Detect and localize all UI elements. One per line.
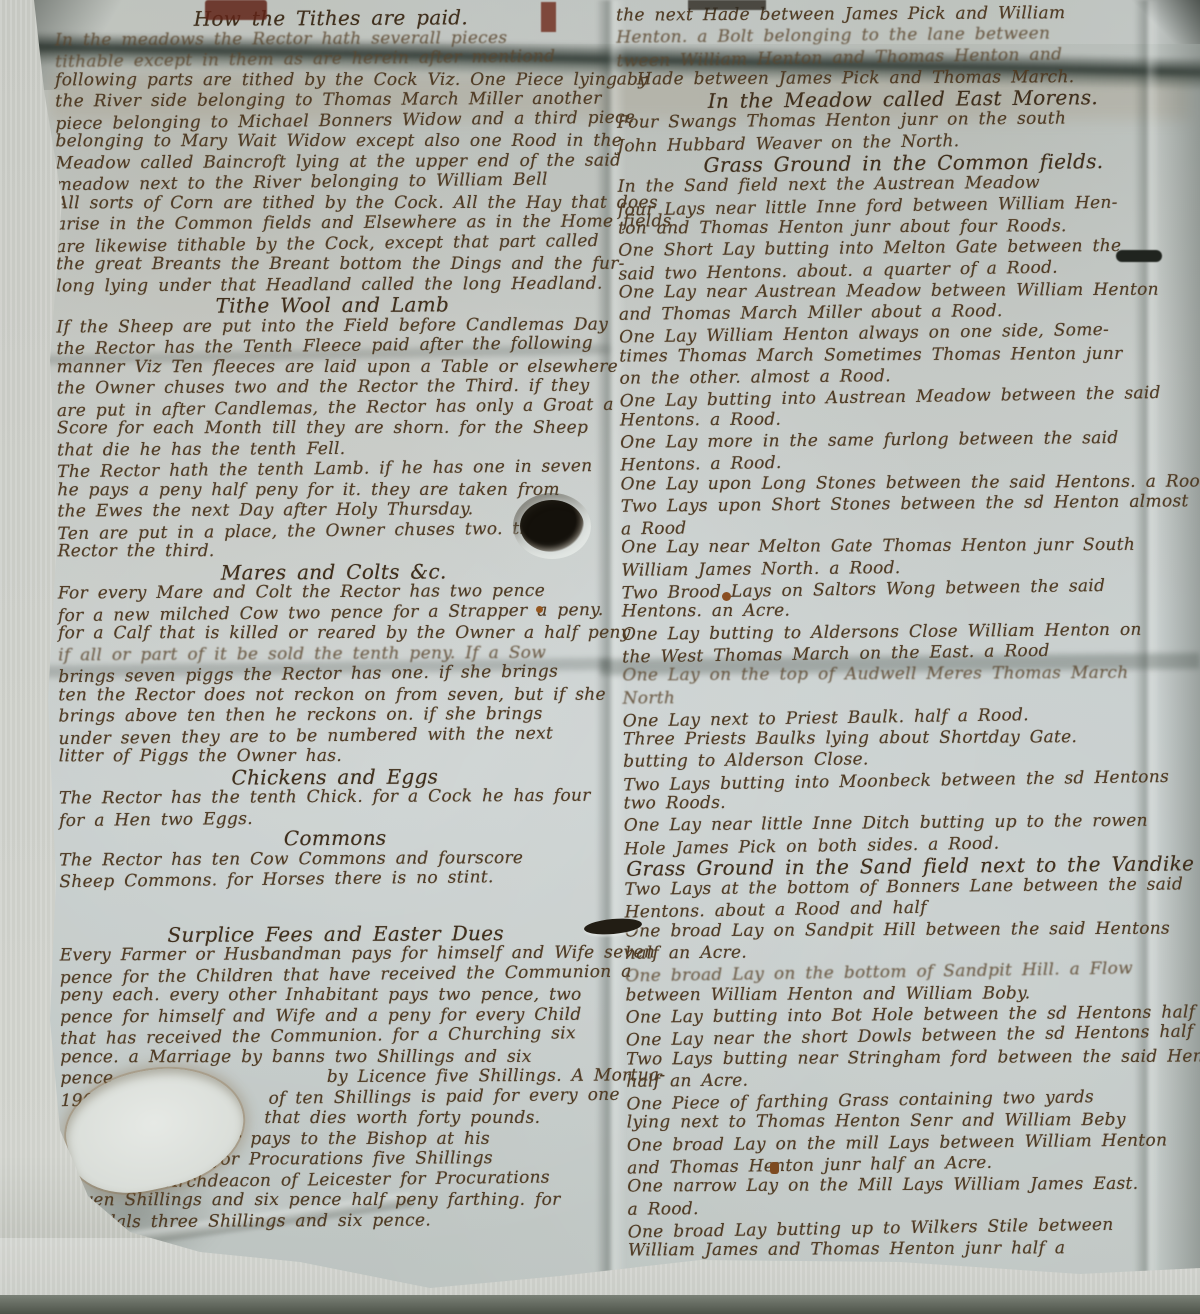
manuscript-line: he pays a peny half peny for it. they ar… <box>57 479 609 500</box>
dark-edge-mark <box>688 0 766 10</box>
manuscript-line: following parts are tithed by the Cock V… <box>55 69 607 90</box>
manuscript-line: One Lay upon Long Stones between the sai… <box>621 471 1193 495</box>
rust-stain <box>770 1162 779 1174</box>
manuscript-line: peny each. every other Inhabitant pays t… <box>60 985 612 1006</box>
manuscript-column-left: How the Tithes are paid.In the meadows t… <box>55 7 613 1233</box>
manuscript-line: a Hade between James Pick and Thomas Mar… <box>617 66 1189 90</box>
section-heading: Mares and Colts &c. <box>58 560 610 583</box>
manuscript-column-right: the next Hade between James Pick and Wil… <box>616 1 1200 1263</box>
manuscript-line: litter of Piggs the Owner has. <box>59 746 611 767</box>
manuscript-line: manner Viz Ten fleeces are laid upon a T… <box>57 356 609 377</box>
section-heading: Chickens and Eggs <box>59 765 611 788</box>
manuscript-line: ten the Rector does not reckon on from s… <box>58 684 610 705</box>
manuscript-line: Three Priests Baulks lying about Shortda… <box>623 727 1195 751</box>
manuscript-section: Grass Ground in the Sand field next to t… <box>624 853 1200 1263</box>
manuscript-line: for a Calf that is killed or reared by t… <box>58 623 610 644</box>
manuscript-section: the next Hade between James Pick and Wil… <box>616 1 1189 92</box>
manuscript-line: Hentons. an Acre. <box>622 599 1194 623</box>
manuscript-line: ton and Thomas Henton junr about four Ro… <box>618 215 1190 239</box>
manuscript-section: Mares and Colts &c.For every Mare and Co… <box>58 560 611 768</box>
red-wax-mark <box>205 0 267 20</box>
dark-dash-mark <box>1116 250 1162 262</box>
manuscript-line: pence. a Marriage by banns two Shillings… <box>60 1046 612 1067</box>
rust-stain <box>722 592 731 601</box>
manuscript-line: All sorts of Corn are tithed by the Cock… <box>56 192 608 213</box>
manuscript-section: In the Meadow called East Morens.Four Sw… <box>617 86 1190 155</box>
section-heading: How the Tithes are paid. <box>55 7 607 30</box>
manuscript-line: two Roods. <box>624 790 1196 814</box>
manuscript-section: Chickens and EggsThe Rector has the tent… <box>59 765 611 829</box>
manuscript-line: One Lay near Austrean Meadow between Wil… <box>619 279 1191 303</box>
manuscript-line: Score for each Month till they are shorn… <box>57 418 609 439</box>
wormhole <box>520 500 584 552</box>
manuscript-line: the great Breants the Breant bottom the … <box>56 254 608 275</box>
backing-cloth-dark-band <box>0 1295 1200 1314</box>
manuscript-line: belonging to Mary Wait Widow except also… <box>55 131 607 152</box>
manuscript-line: lying next to Thomas Henton Senr and Wil… <box>627 1110 1199 1134</box>
manuscript-photo: { "colors":{"parchment":"#c6cdcc","ink":… <box>0 0 1200 1314</box>
manuscript-section: Grass Ground in the Common fields.In the… <box>617 150 1196 858</box>
manuscript-line: Hentons. a Rood. <box>620 407 1192 431</box>
rust-stain <box>536 606 543 613</box>
parchment-page: How the Tithes are paid.In the meadows t… <box>0 0 1200 1292</box>
manuscript-line: times Thomas March Sometimes Thomas Hent… <box>619 343 1191 367</box>
manuscript-line: One broad Lay on Sandpit Hill between th… <box>625 918 1197 942</box>
manuscript-line: William James and Thomas Henton junr hal… <box>628 1238 1200 1262</box>
red-ink-mark <box>541 2 556 32</box>
manuscript-line: Synodals three Shillings and six pence. <box>61 1209 613 1232</box>
manuscript-line: Seven Shillings and six pence half peny … <box>61 1190 613 1211</box>
section-heading: Tithe Wool and Lamb <box>56 294 608 317</box>
section-heading: Surplice Fees and Easter Dues <box>60 922 612 945</box>
manuscript-line: One Lay near Melton Gate Thomas Henton j… <box>621 535 1193 559</box>
manuscript-line: between William Henton and William Boby. <box>625 982 1197 1006</box>
manuscript-section: CommonsThe Rector has ten Cow Commons an… <box>59 827 611 891</box>
manuscript-line: Two Lays butting near Stringham ford bet… <box>626 1046 1198 1070</box>
manuscript-line: One narrow Lay on the Mill Lays William … <box>627 1174 1199 1198</box>
manuscript-section: How the Tithes are paid.In the meadows t… <box>55 7 608 297</box>
